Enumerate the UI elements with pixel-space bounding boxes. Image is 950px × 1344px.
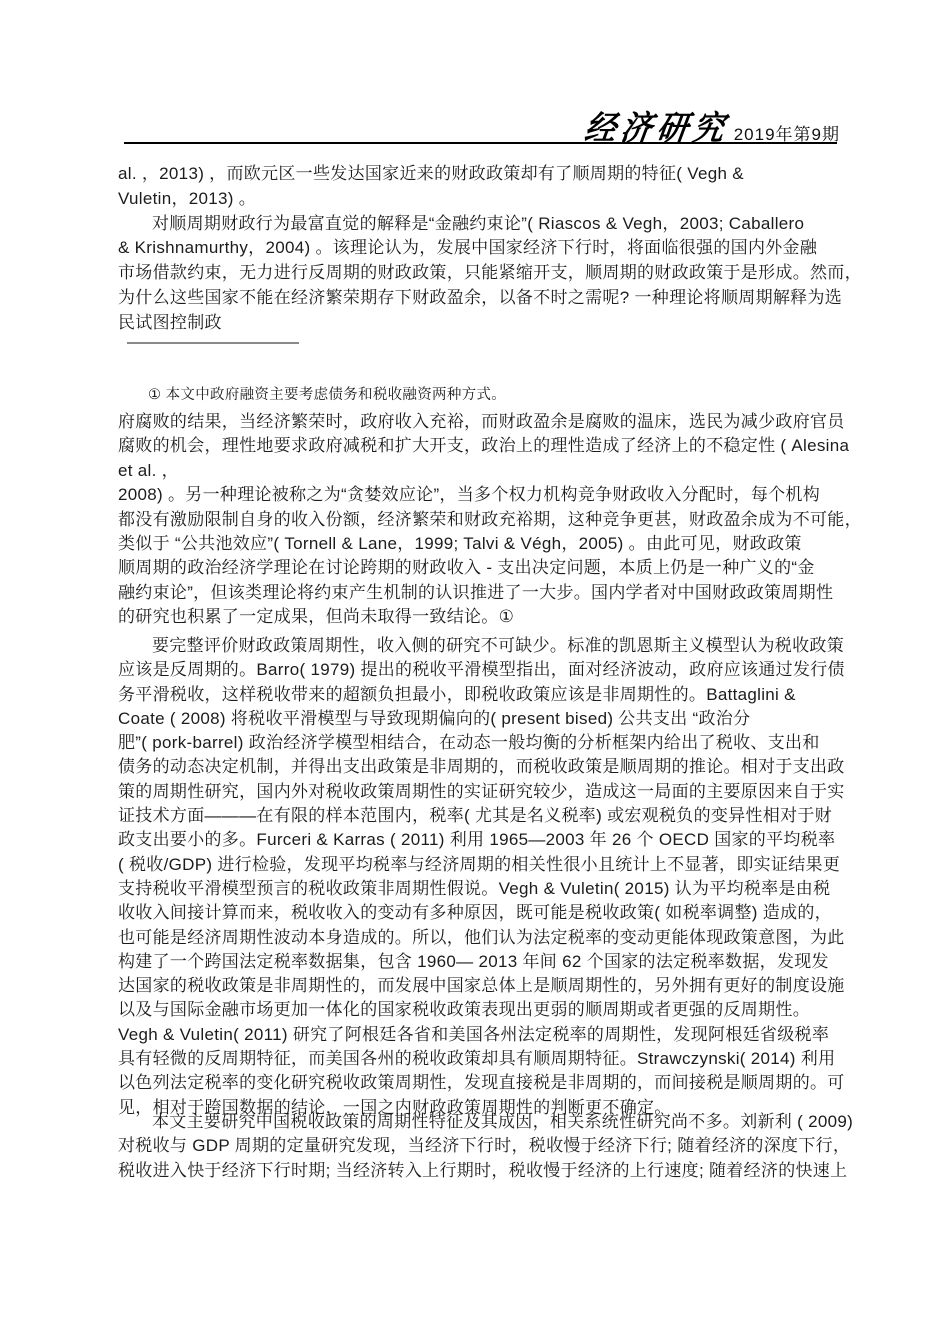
text-line: 证技术方面———在有限的样本范围内，税率( 尤其是名义税率) 或宏观税负的变异性… [118, 804, 878, 828]
text-line: 本文主要研究中国税收政策的周期性特征及其成因，相关系统性研究尚不多。刘新利 ( … [118, 1110, 878, 1134]
text-line: 顺周期的政治经济学理论在讨论跨期的财政收入 - 支出决定问题，本质上仍是一种广义… [118, 556, 878, 580]
text-line: 务平滑税收，这样税收带来的超额负担最小，即税收政策应该是非周期性的。Battag… [118, 683, 878, 707]
text-line: 为什么这些国家不能在经济繁荣期存下财政盈余，以备不时之需呢? 一种理论将顺周期解… [118, 286, 878, 311]
text-line: 市场借款约束，无力进行反周期的财政政策，只能紧缩开支，顺周期的财政政策于是形成。… [118, 261, 878, 286]
text-line: 以及与国际金融市场更加一体化的国家税收政策表现出更弱的顺周期或者更强的反周期性。 [118, 998, 878, 1022]
text-line: 策的周期性研究，国内外对税收政策周期性的实证研究较少，造成这一局面的主要原因来自… [118, 780, 878, 804]
text-line: 类似于 “公共池效应”( Tornell & Lane，1999; Talvi … [118, 532, 878, 556]
text-line: 应该是反周期的。Barro( 1979) 提出的税收平滑模型指出，面对经济波动，… [118, 658, 878, 682]
paragraph-block-3: 要完整评价财政政策周期性，收入侧的研究不可缺少。标准的凯恩斯主义模型认为税收政策… [118, 634, 878, 1120]
text-line: ( 税收/GDP) 进行检验，发现平均税率与经济周期的相关性很小且统计上不显著，… [118, 853, 878, 877]
text-line: 腐败的机会，理性地要求政府减税和扩大开支，政治上的理性造成了经济上的不稳定性 (… [118, 434, 878, 458]
text-line: 支持税收平滑模型预言的税收政策非周期性假说。Vegh & Vuletin( 20… [118, 877, 878, 901]
text-line: 2008) 。另一种理论被称之为“贪婪效应论”，当多个权力机构竞争财政收入分配时… [118, 483, 878, 507]
text-line: 以色列法定税率的变化研究税收政策周期性，发现直接税是非周期的，而间接税是顺周期的… [118, 1071, 878, 1095]
text-line: 要完整评价财政政策周期性，收入侧的研究不可缺少。标准的凯恩斯主义模型认为税收政策 [118, 634, 878, 658]
text-line: al. ，2013) ，而欧元区一些发达国家近来的财政政策却有了顺周期的特征( … [118, 162, 878, 187]
text-line: 融约束论”，但该类理论将约束产生机制的认识推进了一大步。国内学者对中国财政政策周… [118, 581, 878, 605]
journal-page: 经济研究 2019年第9期 al. ，2013) ，而欧元区一些发达国家近来的财… [0, 0, 950, 1344]
text-line: 对税收与 GDP 周期的定量研究发现，当经济下行时，税收慢于经济下行; 随着经济… [118, 1134, 878, 1158]
paragraph-block-4: 本文主要研究中国税收政策的周期性特征及其成因，相关系统性研究尚不多。刘新利 ( … [118, 1110, 878, 1183]
text-line: 收收入间接计算而来，税收收入的变动有多种原因，既可能是税收政策( 如税率调整) … [118, 901, 878, 925]
text-line: Vegh & Vuletin( 2011) 研究了阿根廷各省和美国各州法定税率的… [118, 1023, 878, 1047]
text-line: 也可能是经济周期性波动本身造成的。所以，他们认为法定税率的变动更能体现政策意图，… [118, 926, 878, 950]
text-line: Vuletin，2013) 。 [118, 187, 878, 212]
text-line: 对顺周期财政行为最富直觉的解释是“金融约束论”( Riascos & Vegh，… [118, 212, 878, 237]
text-line: 债务的动态决定机制，并得出支出政策是非周期的，而税收政策是顺周期的推论。相对于支… [118, 755, 878, 779]
text-line: 都没有激励限制自身的收入份额，经济繁荣和财政充裕期，这种竞争更甚，财政盈余成为不… [118, 508, 878, 532]
text-line: 的研究也积累了一定成果，但尚未取得一致结论。① [118, 605, 878, 629]
footnote-separator [127, 342, 299, 344]
text-line: 民试图控制政 [118, 311, 878, 336]
text-line: 肥”( pork-barrel) 政治经济学模型相结合，在动态一般均衡的分析框架… [118, 731, 878, 755]
header-divider [124, 142, 837, 144]
text-line: Coate ( 2008) 将税收平滑模型与导致现期偏向的( present b… [118, 707, 878, 731]
text-line: 构建了一个跨国法定税率数据集，包含 1960— 2013 年间 62 个国家的法… [118, 950, 878, 974]
text-line: 税收进入快于经济下行时期; 当经济转入上行期时，税收慢于经济的上行速度; 随着经… [118, 1159, 878, 1183]
text-line: 具有轻微的反周期特征，而美国各州的税收政策却具有顺周期特征。Strawczyns… [118, 1047, 878, 1071]
text-line: 达国家的税收政策是非周期性的，而发展中国家总体上是顺周期性的，另外拥有更好的制度… [118, 974, 878, 998]
text-line: 府腐败的结果，当经济繁荣时，政府收入充裕，而财政盈余是腐败的温床，选民为减少政府… [118, 410, 878, 434]
footnote-text: ① 本文中政府融资主要考虑债务和税收融资两种方式。 [148, 383, 828, 404]
paragraph-block-2: 府腐败的结果，当经济繁荣时，政府收入充裕，而财政盈余是腐败的温床，选民为减少政府… [118, 410, 878, 630]
text-line: et al. ， [118, 459, 878, 483]
text-line: 政支出要小的多。Furceri & Karras ( 2011) 利用 1965… [118, 828, 878, 852]
paragraph-block-1: al. ，2013) ，而欧元区一些发达国家近来的财政政策却有了顺周期的特征( … [118, 162, 878, 336]
text-line: & Krishnamurthy，2004) 。该理论认为，发展中国家经济下行时，… [118, 236, 878, 261]
